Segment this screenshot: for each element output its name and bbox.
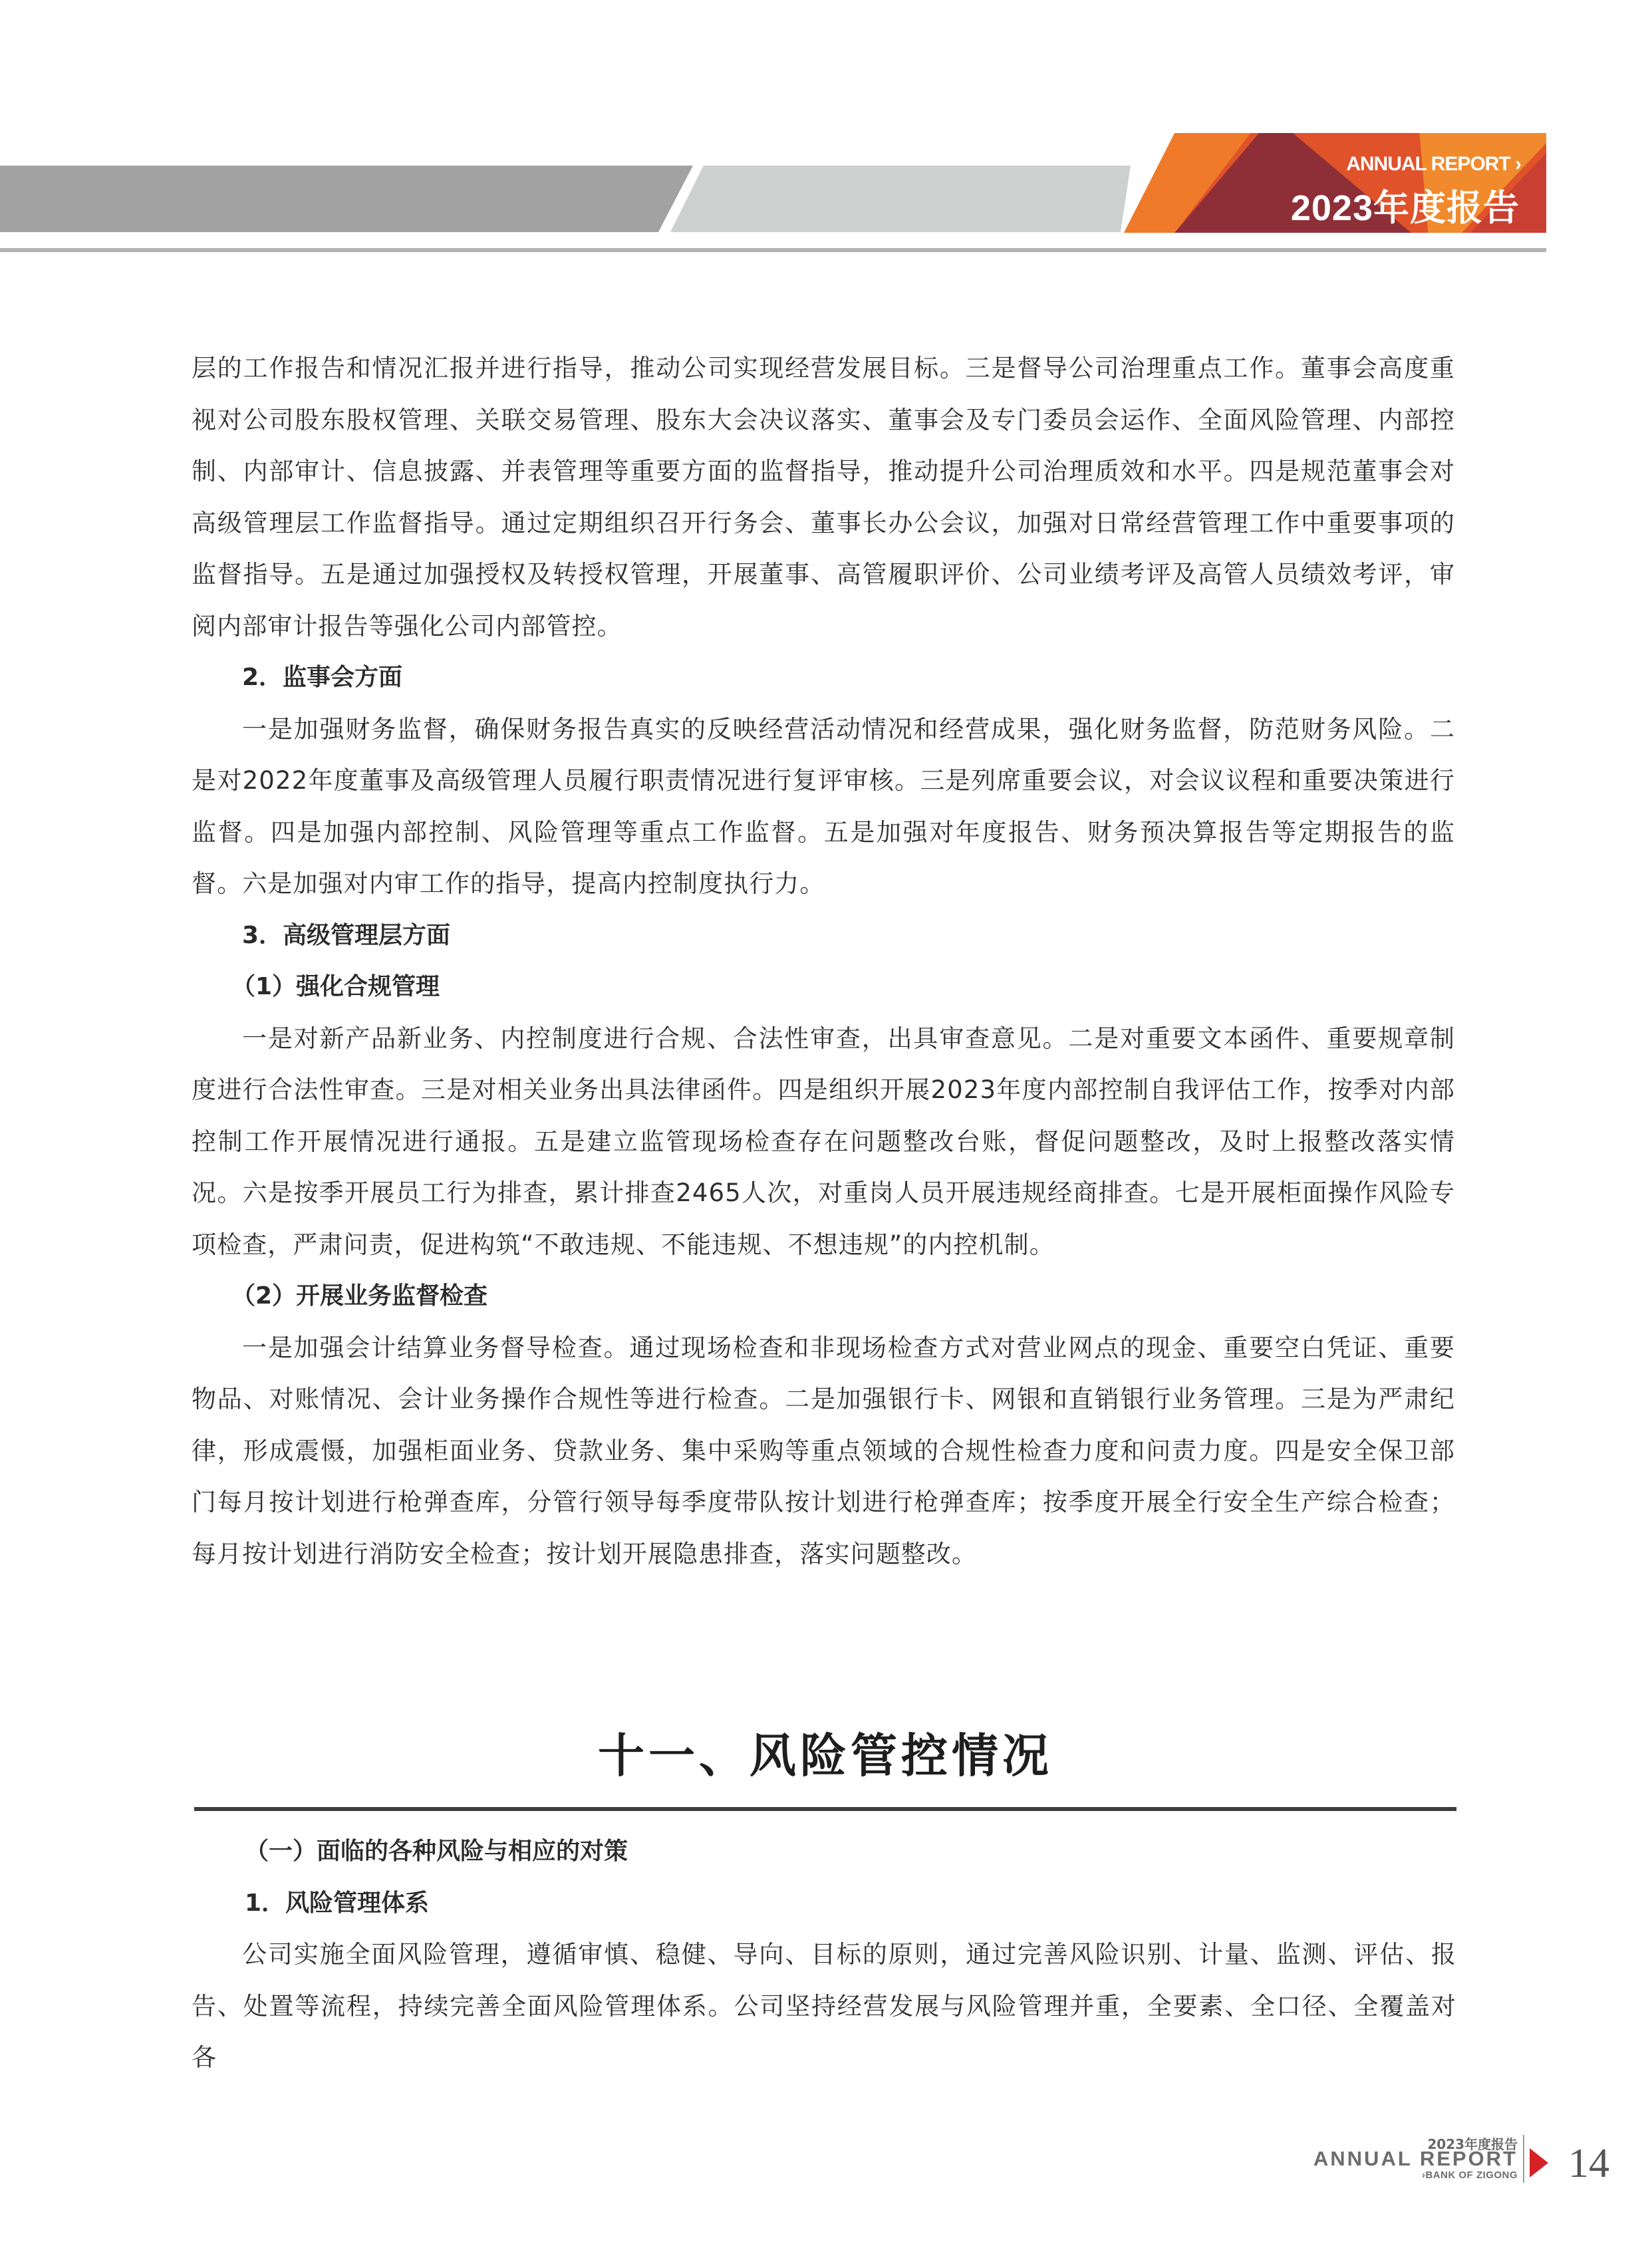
- header-band-dark: [0, 166, 693, 232]
- heading-business-inspection: （2）开展业务监督检查: [192, 1270, 1455, 1322]
- heading-risks-and-countermeasures: （一）面临的各种风险与相应的对策: [192, 1826, 1456, 1878]
- heading-senior-management: 3．高级管理层方面: [192, 910, 1455, 962]
- footer-bank-name: ›BANK OF ZIGONG: [1422, 2170, 1518, 2181]
- page-footer: 2023年度报告 ANNUAL REPORT ›BANK OF ZIGONG 1…: [1304, 2122, 1616, 2188]
- section-divider: [194, 1807, 1456, 1811]
- heading-supervisors: 2．监事会方面: [192, 652, 1455, 704]
- banner-chinese-title: 2023年度报告: [1291, 180, 1520, 231]
- section-title: 十一、风险管控情况: [194, 1719, 1456, 1792]
- header-divider: [0, 248, 1546, 252]
- paragraph-business-inspection: 一是加强会计结算业务督导检查。通过现场检查和非现场检查方式对营业网点的现金、重要…: [192, 1322, 1455, 1580]
- play-arrow-icon: [1530, 2148, 1548, 2177]
- paragraph-board-continued: 层的工作报告和情况汇报并进行指导，推动公司实现经营发展目标。三是督导公司治理重点…: [192, 343, 1455, 652]
- body-content: 层的工作报告和情况汇报并进行指导，推动公司实现经营发展目标。三是督导公司治理重点…: [192, 343, 1455, 1580]
- section-risk-control: 十一、风险管控情况 （一）面临的各种风险与相应的对策 1．风险管理体系 公司实施…: [194, 1719, 1456, 2084]
- heading-compliance: （1）强化合规管理: [192, 961, 1455, 1013]
- banner-english-title: ANNUAL REPORT ›: [1346, 153, 1521, 176]
- header-band-light: [670, 166, 1131, 232]
- paragraph-supervisors: 一是加强财务监督，确保财务报告真实的反映经营活动情况和经营成果，强化财务监督，防…: [192, 704, 1455, 910]
- footer-report-en: ANNUAL REPORT: [1313, 2147, 1518, 2171]
- heading-risk-framework: 1．风险管理体系: [192, 1878, 1456, 1929]
- section-body: （一）面临的各种风险与相应的对策 1．风险管理体系 公司实施全面风险管理，遵循审…: [192, 1826, 1456, 2084]
- annual-report-banner: ANNUAL REPORT › 2023年度报告: [1124, 133, 1546, 233]
- paragraph-risk-framework: 公司实施全面风险管理，遵循审慎、稳健、导向、目标的原则，通过完善风险识别、计量、…: [192, 1929, 1456, 2084]
- page-number: 14: [1568, 2140, 1609, 2187]
- footer-divider: [1523, 2135, 1524, 2183]
- paragraph-compliance: 一是对新产品新业务、内控制度进行合规、合法性审查，出具审查意见。二是对重要文本函…: [192, 1013, 1455, 1271]
